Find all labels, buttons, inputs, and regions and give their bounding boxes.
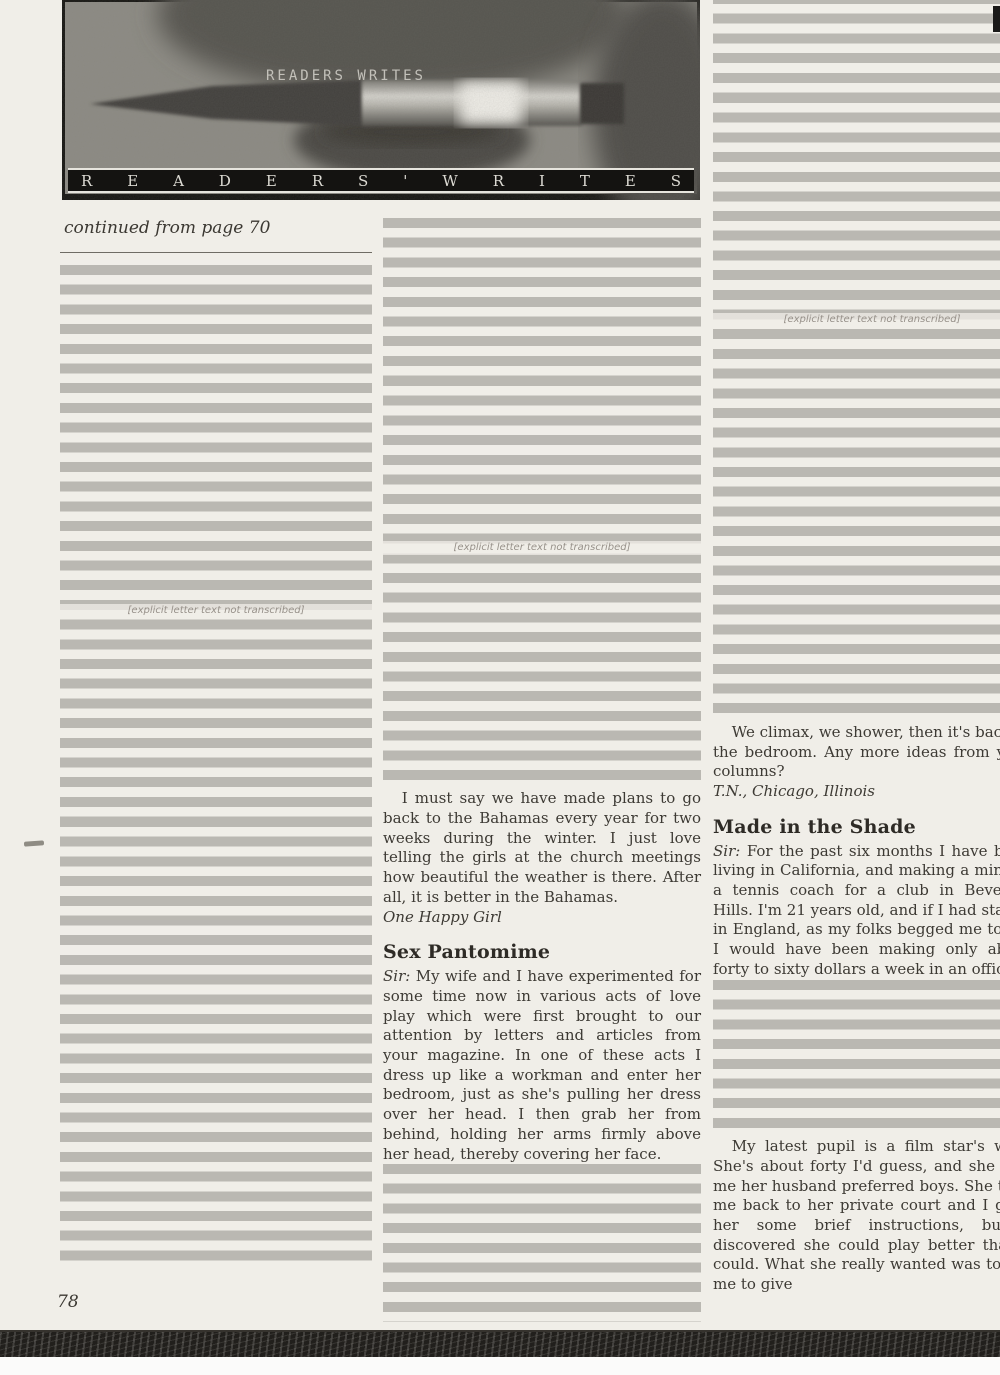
redacted-paragraph [383, 218, 701, 376]
film-star-paragraph: My latest pupil is a film star's wife. S… [713, 1137, 1000, 1295]
redacted-paragraph: [explicit letter text not transcribed] [713, 211, 1000, 467]
banner-photo-caption: READERS WRITES [266, 68, 426, 84]
sir-label: Sir: [383, 967, 410, 985]
readers-writes-banner-photo: READERS WRITES R E A D E R S ' W R I T E… [62, 0, 700, 200]
letter-opening-paragraph: Sir: My wife and I have experimented for… [383, 967, 701, 1164]
redaction-notice: [explicit letter text not transcribed] [60, 604, 372, 618]
redacted-paragraph [383, 1164, 701, 1322]
sir-label: Sir: [713, 842, 740, 860]
letter-opening-paragraph: Sir: For the past six months I have been… [713, 842, 1000, 980]
redacted-paragraph: [explicit letter text not transcribed] [383, 376, 701, 790]
redacted-paragraph [60, 265, 372, 462]
redacted-paragraph [713, 93, 1000, 211]
letter-opening-text: For the past six months I have been livi… [713, 842, 1000, 978]
closing-question-paragraph: We climax, we shower, then it's back to … [713, 723, 1000, 782]
letter-opening-text: My wife and I have experimented for some… [383, 967, 701, 1162]
redaction-notice: [explicit letter text not transcribed] [383, 541, 701, 555]
continued-from-note: continued from page 70 [64, 218, 372, 238]
scanned-magazine-page: { "meta": { "redaction_notice": "[explic… [0, 0, 1000, 1375]
scan-edge-band [0, 1330, 1000, 1357]
margin-pencil-dash [24, 840, 44, 846]
letter-signature: One Happy Girl [383, 908, 701, 928]
continued-divider-rule [60, 252, 372, 253]
redaction-notice: [explicit letter text not transcribed] [713, 313, 1000, 327]
letter-heading-sex-pantomime: Sex Pantomime [383, 941, 701, 964]
page-number: 78 [57, 1292, 79, 1312]
redacted-paragraph [713, 980, 1000, 1138]
magazine-page: READERS WRITES R E A D E R S ' W R I T E… [0, 0, 1000, 1330]
redacted-paragraph [713, 585, 1000, 723]
redacted-paragraph [60, 1014, 372, 1270]
letter-heading-made-in-the-shade: Made in the Shade [713, 816, 1000, 839]
redacted-paragraph [60, 817, 372, 1014]
column-left: [explicit letter text not transcribed] [60, 265, 372, 1270]
redacted-paragraph: [explicit letter text not transcribed] [60, 462, 372, 817]
bahamas-paragraph: I must say we have made plans to go back… [383, 789, 701, 907]
redacted-paragraph [713, 467, 1000, 585]
redacted-paragraph [713, 0, 1000, 93]
scan-corner-mark [993, 6, 1000, 32]
column-right: [explicit letter text not transcribed] W… [713, 0, 1000, 1295]
column-middle: [explicit letter text not transcribed] I… [383, 218, 701, 1322]
banner-photo-illustration: READERS WRITES R E A D E R S ' W R I T E… [62, 0, 700, 200]
letter-signature: T.N., Chicago, Illinois [713, 782, 1000, 802]
